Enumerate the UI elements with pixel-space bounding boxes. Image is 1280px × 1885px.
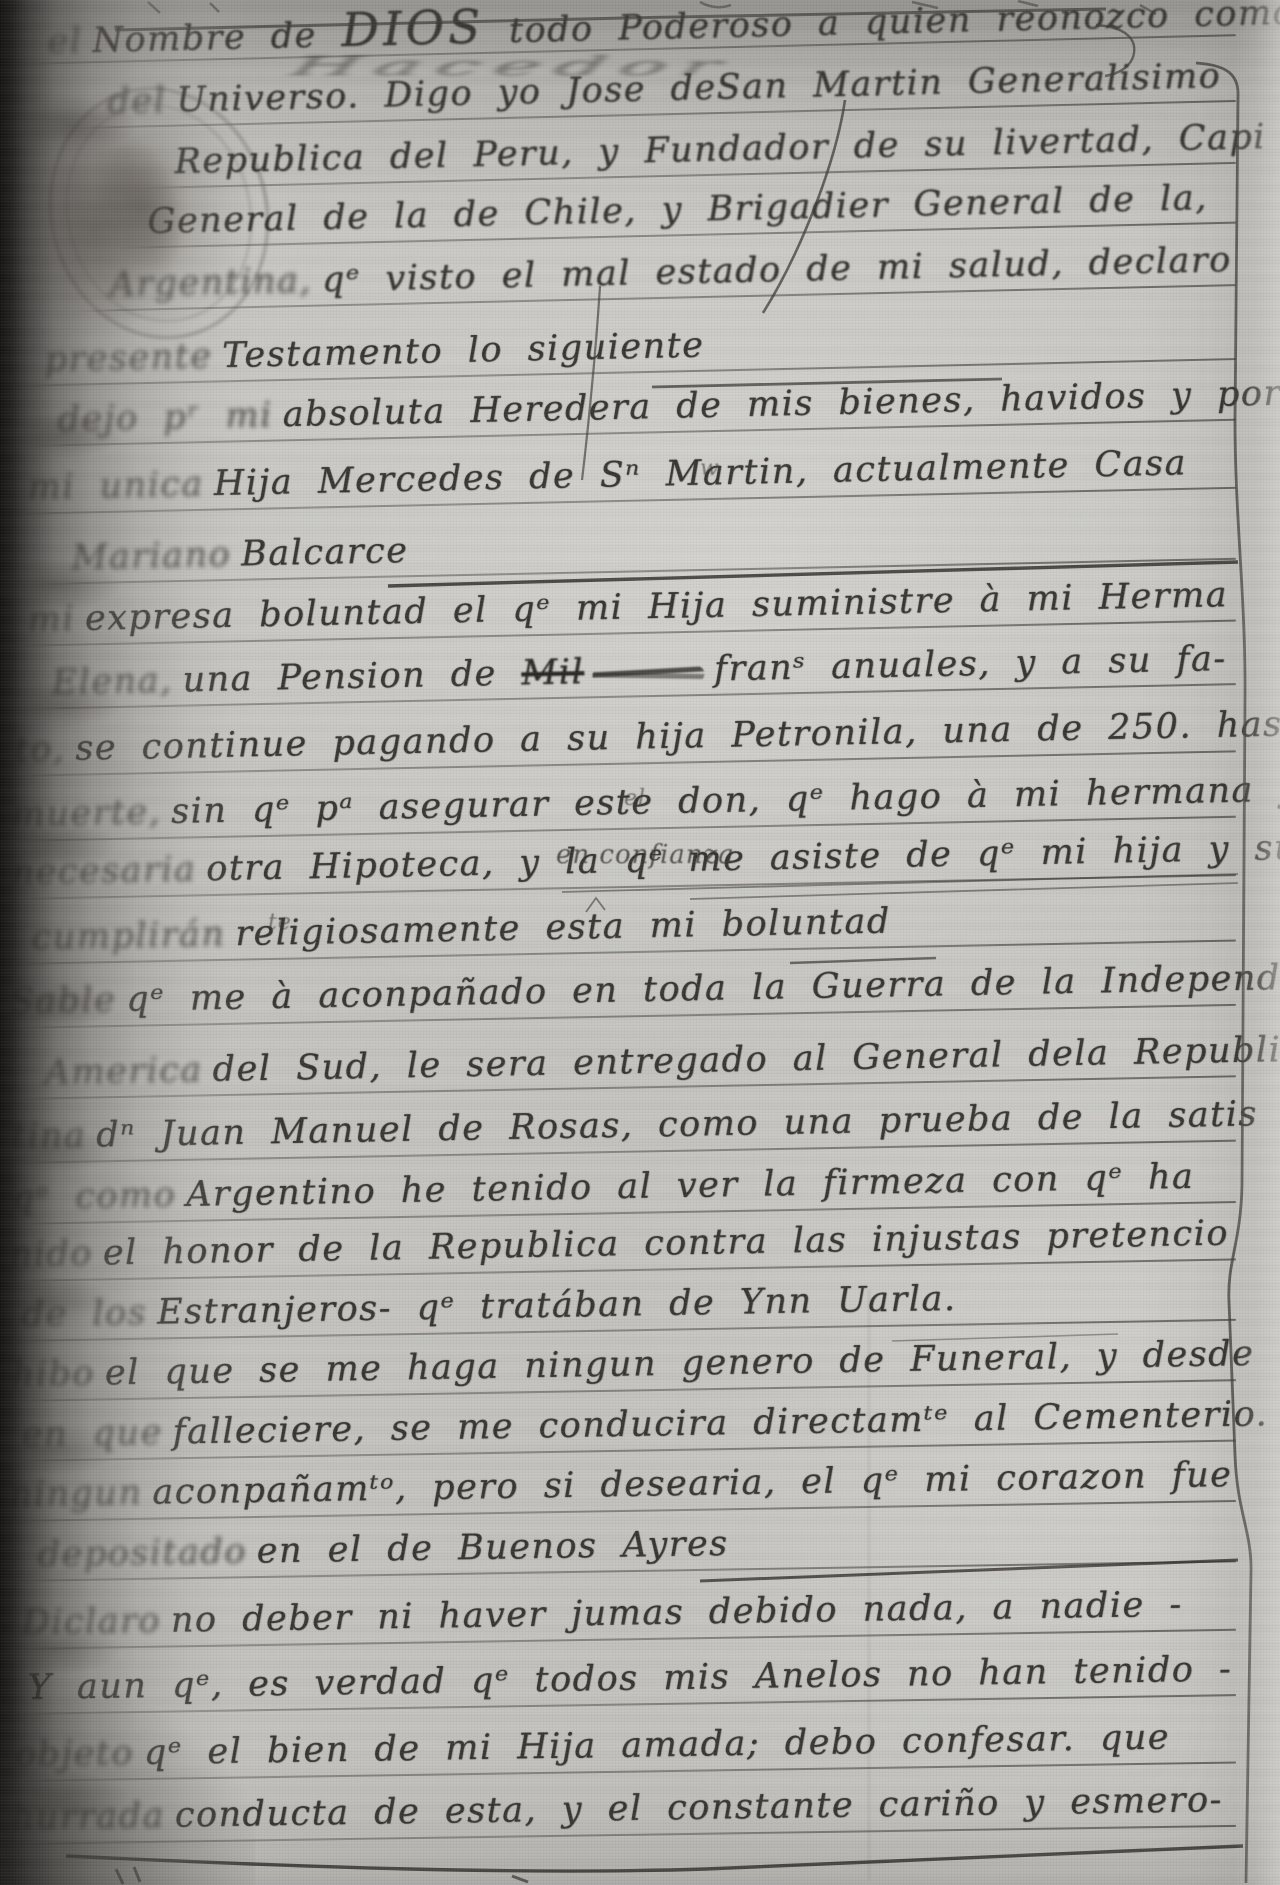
manuscript-line: de losEstranjeros- qᵉ tratában de Ynn Ua… bbox=[21, 1275, 957, 1339]
gutter-blurred-word: mi unica bbox=[27, 464, 204, 508]
gutter-blurred-word: hurrada bbox=[11, 1796, 165, 1838]
manuscript-line: Y aun qᵉ, es verdad qᵉ todos mis Anelos … bbox=[27, 1645, 1232, 1712]
handwritten-text: Estranjeros- qᵉ tratában de Ynn Uarla. bbox=[157, 1279, 957, 1333]
ink-scribble bbox=[592, 666, 704, 684]
handwritten-text: qᵉ visto el mal estado de mi salud, decl… bbox=[321, 240, 1232, 300]
gutter-blurred-word: mi bbox=[27, 599, 75, 640]
handwritten-text: el que se me haga ningun genero de Funer… bbox=[104, 1333, 1280, 1394]
manuscript-line: objetoqᵉ el bien de mi Hija amada; debo … bbox=[14, 1714, 1170, 1779]
handwritten-text: DIOS bbox=[341, 0, 485, 58]
interlinear-insertion: en confianza bbox=[556, 840, 735, 870]
struck-out-word: Mil bbox=[521, 652, 585, 693]
gutter-blurred-word: nido bbox=[9, 1234, 93, 1275]
manuscript-line: ningunaconpañamᵗᵒ, pero si desearia, el … bbox=[9, 1451, 1233, 1519]
gutter-blurred-word: muerte, bbox=[11, 792, 161, 835]
gutter-blurred-word: de los bbox=[21, 1293, 147, 1335]
gutter-blurred-word: objeto bbox=[14, 1733, 134, 1775]
handwritten-text: del Sud, le sera entregado al General de… bbox=[212, 1029, 1280, 1090]
handwritten-text: todo Poderoso a quien reonozco como bbox=[484, 0, 1280, 52]
handwritten-text: una Pension de bbox=[182, 653, 522, 700]
gutter-blurred-word: America bbox=[44, 1050, 203, 1093]
interlinear-insertion: w bbox=[700, 454, 720, 484]
manuscript-line: MarianoBalcarce bbox=[71, 527, 409, 582]
gutter-blurred-word: cumplirán bbox=[31, 914, 225, 958]
interlinear-insertion: te bbox=[268, 908, 292, 938]
gutter-blurred-word: el bbox=[47, 21, 83, 62]
gutter-blurred-word: depositado bbox=[37, 1532, 247, 1575]
handwritten-text: expresa boluntad el qᵉ mi Hija suministr… bbox=[84, 575, 1228, 639]
gutter-blurred-word: Diclaro bbox=[21, 1601, 161, 1643]
interlinear-insertion: Hacedor bbox=[286, 52, 740, 82]
bottom-edge-cut-fragments bbox=[116, 1867, 528, 1884]
handwritten-text: Testamento lo siguiente bbox=[222, 325, 705, 376]
handwritten-text: religiosamente esta mi boluntad bbox=[235, 902, 891, 955]
gutter-blurred-word: en que bbox=[21, 1413, 163, 1455]
handwritten-text: franˢ anuales, y a su fa- bbox=[714, 639, 1227, 689]
handwritten-text: se continue pagando a su hija Petronila,… bbox=[75, 705, 1280, 769]
gutter-blurred-word: dejo pʳ mi bbox=[57, 395, 273, 440]
gutter-blurred-word: necesaria bbox=[11, 849, 196, 893]
gutter-blurred-word: Mariano bbox=[71, 535, 231, 578]
gutter-blurred-word: presente bbox=[44, 336, 213, 380]
gutter-blurred-word: Sable bbox=[9, 980, 116, 1022]
handwritten-text: Y aun qᵉ, es verdad qᵉ todos mis Anelos … bbox=[27, 1649, 1232, 1708]
handwritten-text: General de la de Chile, y Brigadier Gene… bbox=[147, 178, 1208, 242]
gutter-blurred-word: to, bbox=[14, 729, 66, 770]
gutter-blurred-word: hibo bbox=[11, 1354, 95, 1395]
interlinear-insertion: el bbox=[624, 784, 646, 814]
handwritten-text: el honor de la Republica contra las inju… bbox=[102, 1214, 1229, 1274]
handwritten-text: otra Hipoteca, y la qᵉ me asiste de qᵉ m… bbox=[206, 827, 1280, 889]
page-edge-highlight bbox=[1234, 0, 1280, 1885]
manuscript-line: hurradaconducta de esta, y el constante … bbox=[11, 1776, 1223, 1842]
handwritten-text: dⁿ Juan Manuel de Rosas, como una prueba… bbox=[96, 1094, 1258, 1155]
manuscript-line: cumpliránreligiosamente esta mi boluntad bbox=[31, 898, 891, 962]
handwritten-text: sin qᵉ pᵃ asegurar este don, qᵉ hago à m… bbox=[171, 767, 1280, 832]
handwritten-text: en el de Buenos Ayres bbox=[256, 1524, 728, 1572]
gutter-blurred-word: Argentina, bbox=[109, 260, 312, 305]
handwritten-text: qᵉ me à aconpañado en toda la Guerra de … bbox=[126, 956, 1280, 1020]
gutter-blurred-word: tina bbox=[11, 1116, 86, 1157]
gutter-blurred-word: qᵉ como bbox=[11, 1175, 176, 1218]
gutter-blurred-word: del bbox=[107, 81, 167, 122]
gutter-blurred-word: Elena, bbox=[51, 661, 173, 703]
manuscript-page: elNombre de DIOS todo Poderoso a quien r… bbox=[0, 0, 1280, 1885]
handwritten-text: absoluta Heredera de mis bienes, havidos… bbox=[282, 373, 1280, 435]
handwritten-text: Balcarce bbox=[241, 531, 409, 575]
manuscript-line: Diclarono deber ni haver jumas debido na… bbox=[21, 1581, 1183, 1647]
bottom-long-stroke bbox=[66, 1846, 1243, 1871]
gutter-blurred-word: ningun bbox=[9, 1473, 142, 1515]
handwritten-text: Republica del Peru, y Fundador de su liv… bbox=[174, 117, 1266, 182]
